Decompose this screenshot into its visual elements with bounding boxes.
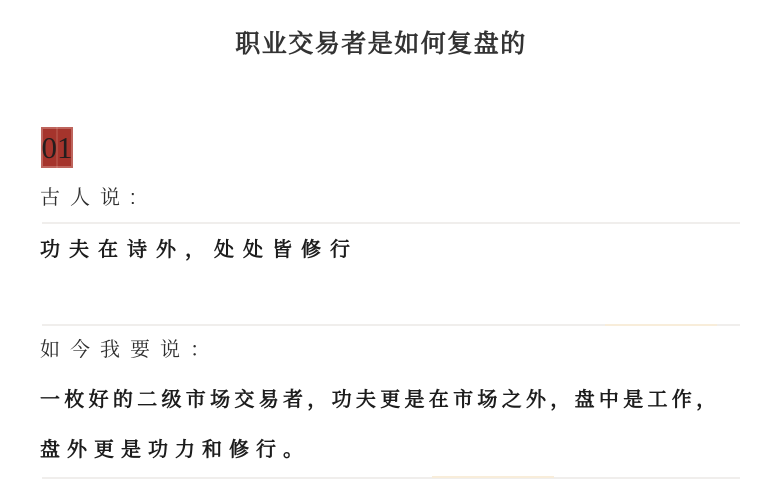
statement-line-1: 一枚好的二级市场交易者，功夫更是在市场之外，盘中是工作， bbox=[40, 388, 720, 412]
section-number-badge: 01 bbox=[41, 127, 73, 168]
ancient-intro-line: 古人说: bbox=[40, 186, 146, 210]
statement-line-2: 盘外更是功力和修行。 bbox=[40, 438, 310, 462]
now-intro-line: 如今我要说： bbox=[40, 338, 220, 362]
article-title: 职业交易者是如何复盘的 bbox=[0, 30, 762, 58]
section-divider bbox=[42, 222, 740, 224]
ancient-quote-line: 功夫在诗外，处处皆修行 bbox=[40, 238, 359, 262]
watermark-artifact bbox=[432, 476, 554, 478]
watermark-artifact bbox=[605, 324, 717, 326]
section-divider bbox=[42, 477, 740, 479]
